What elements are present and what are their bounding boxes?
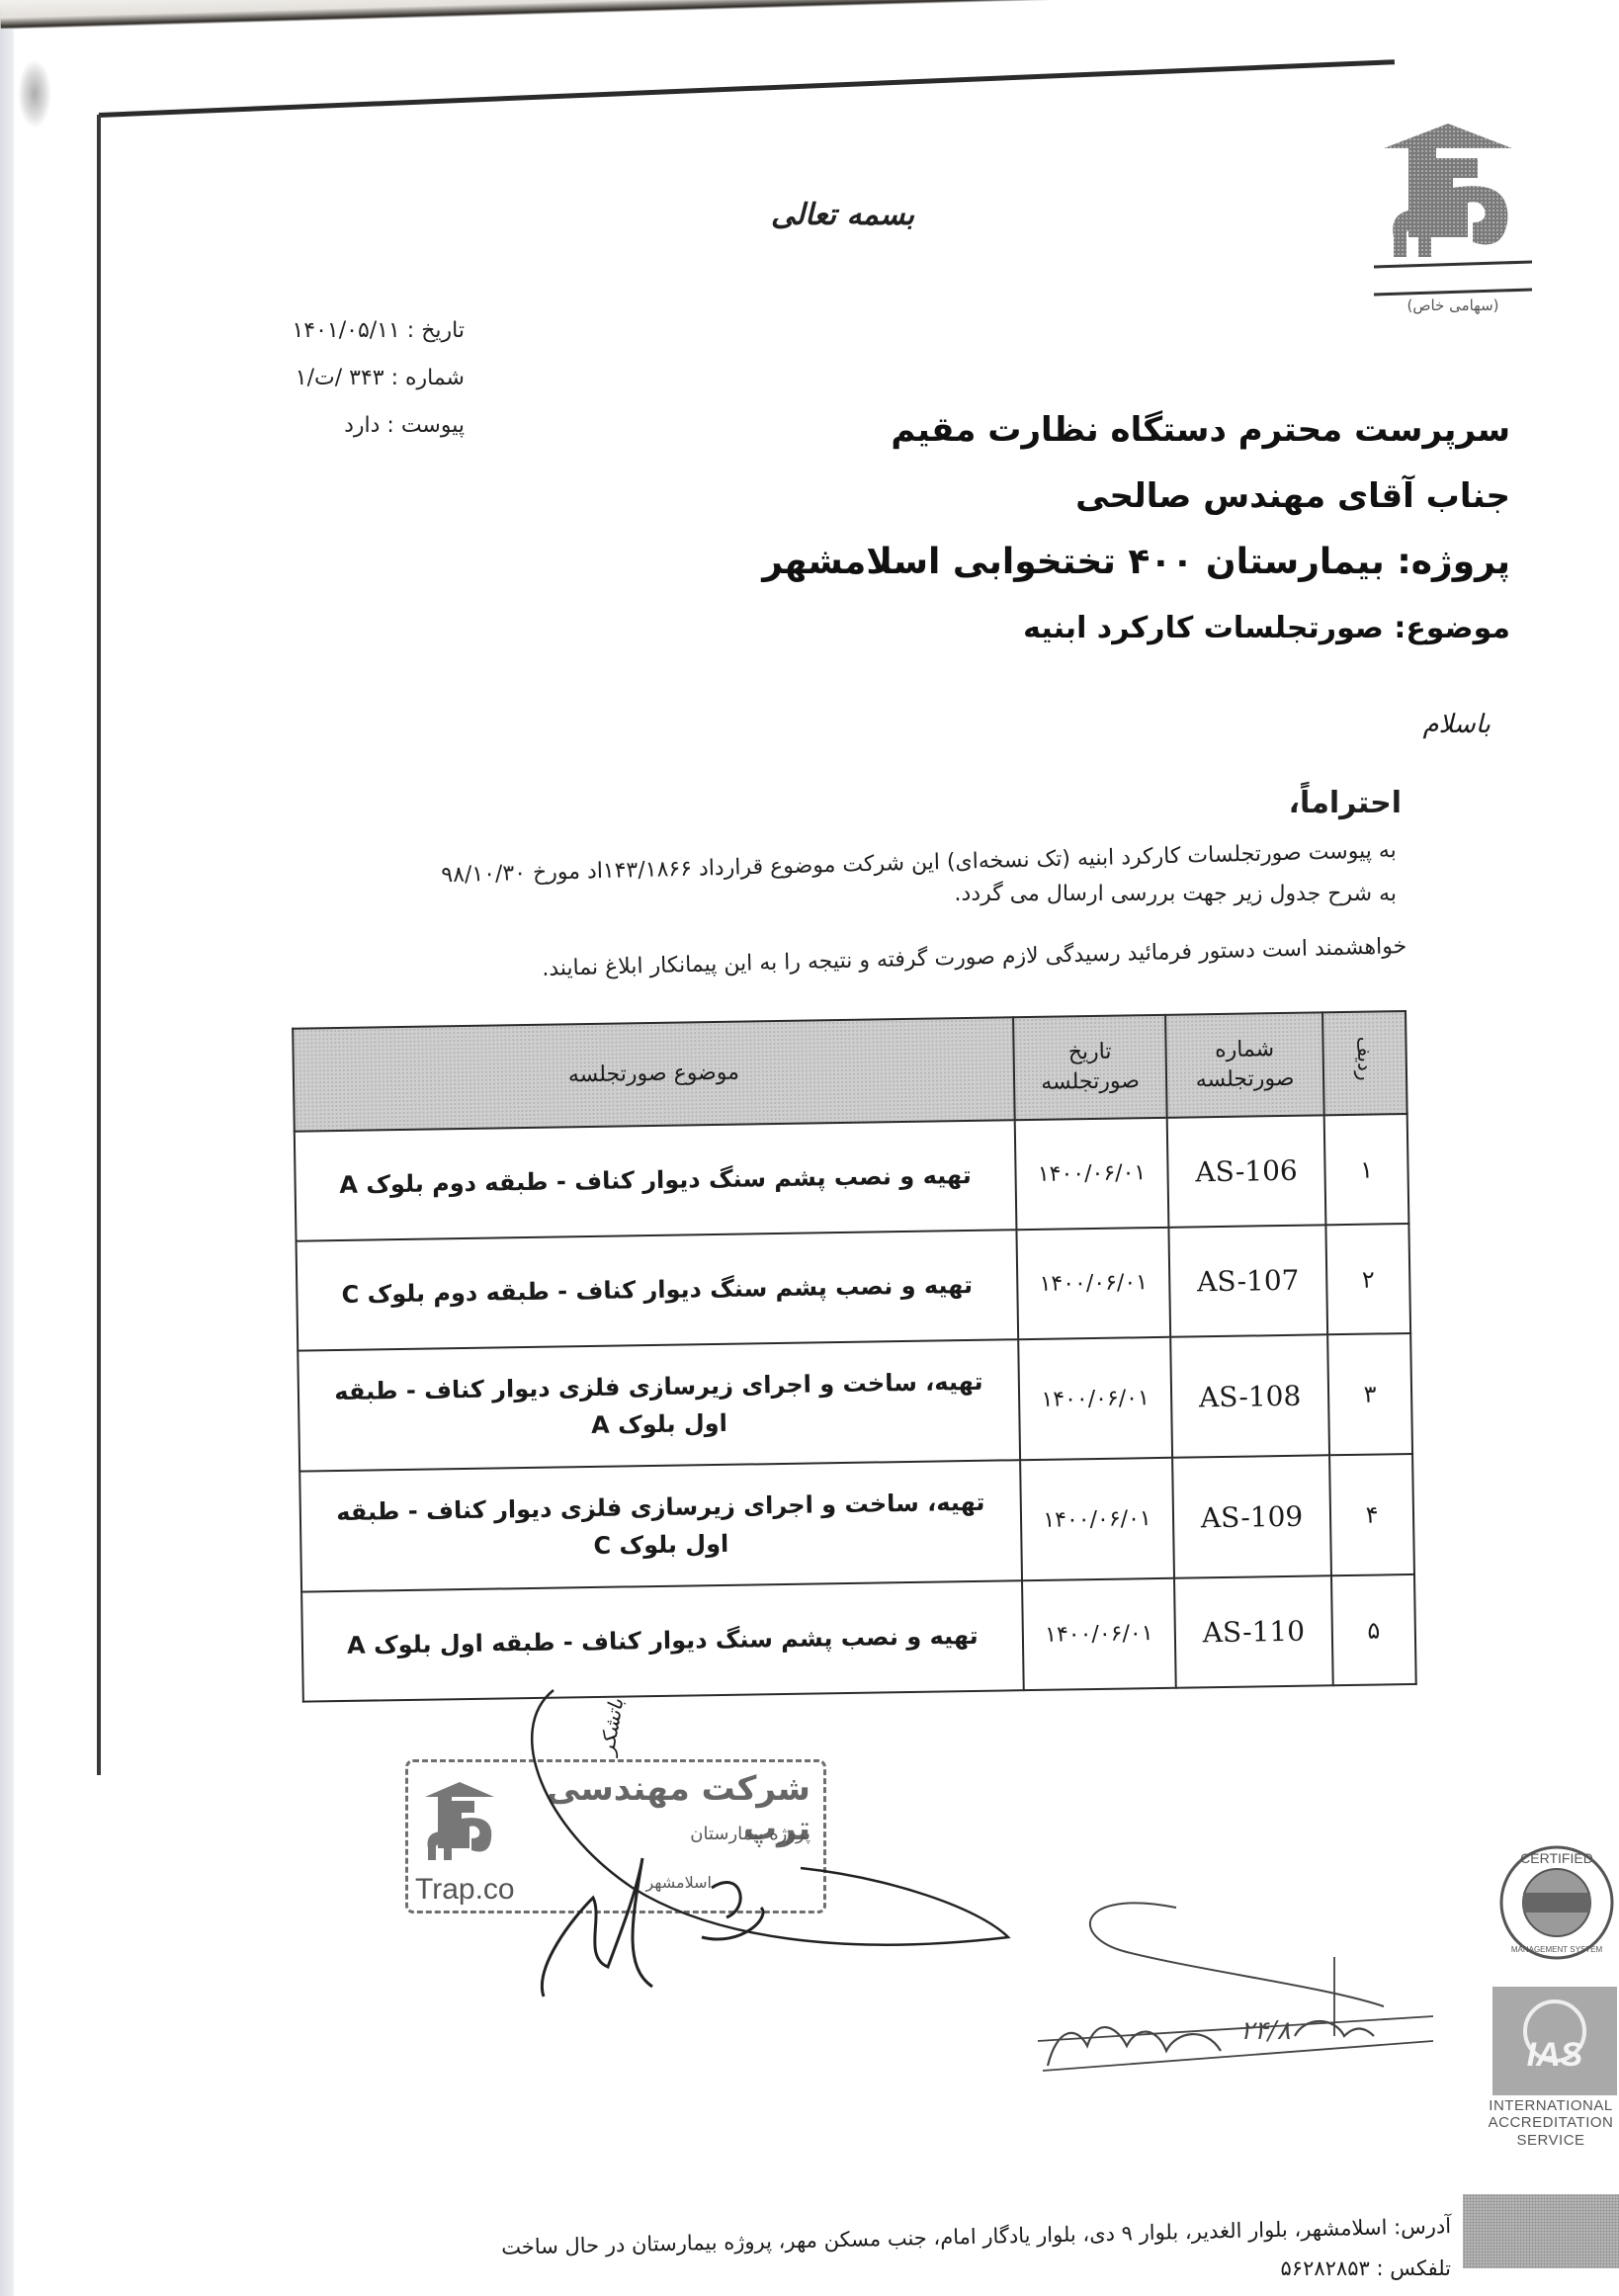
basmala-heading: بسمه تعالی: [771, 198, 914, 232]
greeting: باسلام: [1422, 710, 1491, 739]
body-line-2: به شرح جدول زیر جهت بررسی ارسال می گردد.: [955, 882, 1397, 906]
cell-row: ۳: [1327, 1333, 1412, 1455]
table-row: ۴ AS-109 ۱۴۰۰/۰۶/۰۱ تهیه، ساخت و اجرای ز…: [299, 1454, 1414, 1592]
number-label: شماره: [405, 366, 465, 390]
header-minutes-number: شماره صورتجلسه: [1165, 1012, 1324, 1117]
cell-row: ۵: [1331, 1574, 1416, 1685]
project-line: پروژه: بیمارستان ۴۰۰ تختخوابی اسلامشهر: [762, 542, 1510, 582]
footer-gray-block: [1463, 2194, 1619, 2268]
letter-date: تاریخ : ۱۴۰۱/۰۵/۱۱: [227, 318, 465, 343]
cell-number: AS-109: [1172, 1455, 1331, 1577]
cell-number: AS-110: [1174, 1575, 1333, 1687]
date-value: ۱۴۰۱/۰۵/۱۱: [292, 318, 399, 343]
svg-text:IAS: IAS: [1527, 2036, 1583, 2074]
opening-word: احتراماً،: [1289, 786, 1402, 820]
scan-smudge: [18, 59, 51, 128]
ias-caption: INTERNATIONAL ACCREDITATION SERVICE: [1483, 2097, 1619, 2149]
telfax-value: ۵۶۲۸۲۸۵۳: [1281, 2256, 1370, 2280]
cell-number: AS-108: [1170, 1334, 1329, 1457]
table-header-row: ردیف شماره صورتجلسه تاریخ صورتجلسه موضوع…: [293, 1011, 1406, 1132]
cell-date: ۱۴۰۰/۰۶/۰۱: [1022, 1578, 1176, 1690]
scan-shadow: [0, 0, 1226, 30]
ias-accreditation-logo-icon: IAS: [1492, 1987, 1617, 2095]
cell-date: ۱۴۰۰/۰۶/۰۱: [1016, 1228, 1170, 1339]
subject-line: موضوع: صورتجلسات کارکرد ابنیه: [1023, 611, 1510, 645]
letter-number: شماره : ۳۴۳ /ت/۱: [227, 366, 465, 390]
recipient-title: سرپرست محترم دستگاه نظارت مقیم: [891, 410, 1510, 450]
table-row: ۲ AS-107 ۱۴۰۰/۰۶/۰۱ تهیه و نصب پشم سنگ د…: [297, 1224, 1411, 1351]
scan-edge: [0, 0, 14, 2296]
stamp-latin-name: Trap.co: [415, 1873, 515, 1907]
frame-left-line: [97, 115, 101, 1775]
number-value: ۳۴۳ /ت/۱: [296, 366, 384, 390]
footer-telfax: تلفکس : ۵۶۲۸۲۸۵۳: [1281, 2256, 1451, 2280]
cell-number: AS-107: [1168, 1225, 1327, 1336]
frame-top-line: [99, 59, 1395, 118]
svg-text:CERTIFIED: CERTIFIED: [1520, 1850, 1593, 1866]
header-minutes-subject: موضوع صورتجلسه: [293, 1017, 1015, 1131]
cell-subject: تهیه و نصب پشم سنگ دیوار کناف - طبقه دوم…: [297, 1230, 1019, 1350]
certified-management-system-badge-icon: CERTIFIED MANAGEMENT SYSTEM: [1497, 1843, 1616, 1962]
logo-caption: (سهامی خاص): [1369, 297, 1537, 314]
recipient-name: جناب آقای مهندس صالحی: [1075, 476, 1510, 516]
date-label: تاریخ: [421, 318, 465, 343]
svg-text:MANAGEMENT SYSTEM: MANAGEMENT SYSTEM: [1511, 1945, 1603, 1954]
footer-address: آدرس: اسلامشهر، بلوار الغدیر، بلوار ۹ دی…: [501, 2214, 1451, 2259]
cell-date: ۱۴۰۰/۰۶/۰۱: [1018, 1337, 1172, 1460]
letter-attachment: پیوست : دارد: [227, 413, 465, 438]
attachment-label: پیوست: [401, 413, 465, 438]
supervisor-signature-icon: [1008, 1878, 1433, 2076]
cell-number: AS-106: [1167, 1115, 1326, 1227]
body-line-3: خواهشمند است دستور فرمائید رسیدگی لازم ص…: [542, 934, 1406, 981]
telfax-label: تلفکس :: [1376, 2256, 1451, 2280]
cell-date: ۱۴۰۰/۰۶/۰۱: [1020, 1458, 1174, 1580]
table-row: ۳ AS-108 ۱۴۰۰/۰۶/۰۱ تهیه، ساخت و اجرای ز…: [298, 1333, 1412, 1472]
cell-row: ۴: [1329, 1454, 1414, 1575]
body-opening: احتراماً،: [1289, 786, 1402, 820]
table-row: ۱ AS-106 ۱۴۰۰/۰۶/۰۱ تهیه و نصب پشم سنگ د…: [295, 1114, 1409, 1241]
header-row-number: ردیف: [1322, 1011, 1407, 1115]
cell-date: ۱۴۰۰/۰۶/۰۱: [1015, 1118, 1169, 1230]
cell-subject: تهیه، ساخت و اجرای زیرسازی فلزی دیوار کن…: [299, 1460, 1022, 1591]
body-line-1: به پیوست صورتجلسات کارکرد ابنیه (تک نسخه…: [441, 838, 1397, 888]
contractor-signature-icon: [514, 1670, 1028, 2006]
signature-date-note: ۲۴/۸: [1240, 2016, 1291, 2046]
cell-row: ۲: [1325, 1224, 1410, 1334]
stamp-logo-icon: [420, 1779, 499, 1878]
header-minutes-date: تاریخ صورتجلسه: [1013, 1015, 1167, 1120]
cell-subject: تهیه، ساخت و اجرای زیرسازی فلزی دیوار کن…: [298, 1339, 1020, 1471]
cell-row: ۱: [1324, 1114, 1409, 1225]
attachment-value: دارد: [344, 413, 380, 438]
cell-subject: تهیه و نصب پشم سنگ دیوار کناف - طبقه دوم…: [295, 1120, 1017, 1240]
minutes-table: ردیف شماره صورتجلسه تاریخ صورتجلسه موضوع…: [292, 1010, 1417, 1703]
